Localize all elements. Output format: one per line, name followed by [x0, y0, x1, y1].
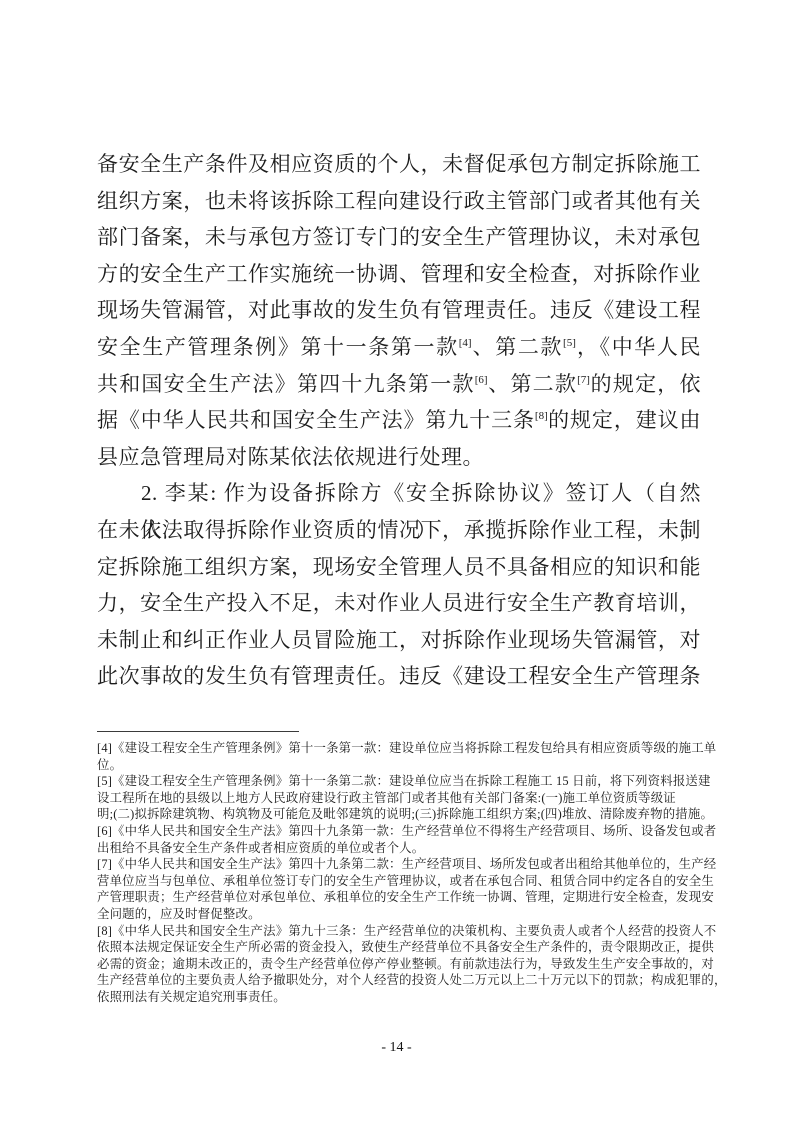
- footnote-ref: [7]: [577, 374, 590, 386]
- body-text-segment: 安全生产管理条例》第十一条第一款: [97, 335, 459, 359]
- body-line: 力，安全生产投入不足，未对作业人员进行安全生产教育培训，: [97, 585, 701, 622]
- footnote-item: [7]《中华人民共和国安全生产法》第四十九条第二款：生产经营项目、场所发包或者出…: [97, 856, 737, 922]
- footnote-divider: [97, 731, 299, 732]
- footnote-item: [6]《中华人民共和国安全生产法》第四十九条第一款：生产经营单位不得将生产经营项…: [97, 823, 737, 856]
- body-text-segment: 定拆除施工组织方案，现场安全管理人员不具备相应的知识和能: [97, 555, 701, 579]
- body-line: 县应急管理局对陈某依法依规进行处理。: [97, 439, 701, 476]
- footnote-line: 依照本法规定保证安全生产所必需的资金投入，致使生产经营单位不具备安全生产条件的，…: [97, 939, 737, 956]
- body-text-segment: ，《中华人民: [576, 335, 701, 359]
- body-text-segment: 未制止和纠正作业人员冒险施工，对拆除作业现场失管漏管，对: [97, 628, 701, 652]
- body-line: 方的安全生产工作实施统一协调、管理和安全检查，对拆除作业: [97, 256, 701, 293]
- footnote-line: [8]《中华人民共和国安全生产法》第九十三条：生产经营单位的决策机构、主要负责人…: [97, 923, 737, 940]
- footnote-line: 明;(二)拟拆除建筑物、构筑物及可能危及毗邻建筑的说明;(三)拆除施工组织方案;…: [97, 806, 737, 823]
- body-text-segment: 、第二款: [472, 335, 564, 359]
- footnote-item: [5]《建设工程安全生产管理条例》第十一条第二款：建设单位应当在拆除工程施工 1…: [97, 773, 737, 823]
- footnote-ref: [8]: [535, 410, 548, 422]
- footnote-line: [4]《建设工程安全生产管理条例》第十一条第一款：建设单位应当将拆除工程发包给具…: [97, 740, 737, 757]
- footnote-line: 位。: [97, 757, 737, 774]
- body-text-segment: 的规定，建议由: [548, 408, 701, 432]
- footnote-line: 全问题的，应及时督促整改。: [97, 906, 737, 923]
- body-line: 据《中华人民共和国安全生产法》第九十三条[8]的规定，建议由: [97, 402, 701, 439]
- body-line: 备安全生产条件及相应资质的个人，未督促承包方制定拆除施工: [97, 146, 701, 183]
- page-number: - 14 -: [0, 1040, 793, 1056]
- footnote-line: 出租给不具备安全生产条件或者相应资质的单位或者个人。: [97, 840, 737, 857]
- footnote-line: 必需的资金；逾期未改正的，责令生产经营单位停产停业整顿。有前款违法行为，导致发生…: [97, 956, 737, 973]
- body-line: 未制止和纠正作业人员冒险施工，对拆除作业现场失管漏管，对: [97, 622, 701, 659]
- body-line: 共和国安全生产法》第四十九条第一款[6]、第二款[7]的规定，依: [97, 366, 701, 403]
- footnote-line: [6]《中华人民共和国安全生产法》第四十九条第一款：生产经营单位不得将生产经营项…: [97, 823, 737, 840]
- body-text-segment: 的规定，依: [590, 372, 701, 396]
- body-line: 此次事故的发生负有管理责任。违反《建设工程安全生产管理条: [97, 658, 701, 695]
- body-line: 安全生产管理条例》第十一条第一款[4]、第二款[5]，《中华人民: [97, 329, 701, 366]
- footnote-line: [5]《建设工程安全生产管理条例》第十一条第二款：建设单位应当在拆除工程施工 1…: [97, 773, 737, 790]
- body-line: 组织方案，也未将该拆除工程向建设行政主管部门或者其他有关: [97, 183, 701, 220]
- body-text-segment: 、第二款: [488, 372, 578, 396]
- body-text-segment: 力，安全生产投入不足，未对作业人员进行安全生产教育培训，: [97, 591, 701, 615]
- footnote-line: 营单位应当与包单位、承租单位签订专门的安全生产管理协议，或者在承包合同、租赁合同…: [97, 873, 737, 890]
- body-text-segment: 据《中华人民共和国安全生产法》第九十三条: [97, 408, 535, 432]
- body-text-segment: 现场失管漏管，对此事故的发生负有管理责任。违反《建设工程: [97, 298, 701, 322]
- body-line: 定拆除施工组织方案，现场安全管理人员不具备相应的知识和能: [97, 549, 701, 586]
- body-line: 现场失管漏管，对此事故的发生负有管理责任。违反《建设工程: [97, 292, 701, 329]
- body-line: 部门备案，未与承包方签订专门的安全生产管理协议，未对承包: [97, 219, 701, 256]
- body-text-segment: 在未依法取得拆除作业资质的情况下，承揽拆除作业工程，未制: [97, 518, 701, 542]
- footnote-item: [4]《建设工程安全生产管理条例》第十一条第一款：建设单位应当将拆除工程发包给具…: [97, 740, 737, 773]
- footnote-ref: [4]: [459, 337, 472, 349]
- footnote-item: [8]《中华人民共和国安全生产法》第九十三条：生产经营单位的决策机构、主要负责人…: [97, 923, 737, 1006]
- footnotes-block: [4]《建设工程安全生产管理条例》第十一条第一款：建设单位应当将拆除工程发包给具…: [97, 740, 737, 1006]
- footnote-ref: [5]: [563, 337, 576, 349]
- body-text-segment: 组织方案，也未将该拆除工程向建设行政主管部门或者其他有关: [97, 189, 701, 213]
- body-text-segment: 备安全生产条件及相应资质的个人，未督促承包方制定拆除施工: [97, 152, 701, 176]
- body-text-segment: 方的安全生产工作实施统一协调、管理和安全检查，对拆除作业: [97, 262, 701, 286]
- body-text-segment: 县应急管理局对陈某依法依规进行处理。: [97, 445, 484, 469]
- footnote-line: 生产经营单位的主要负责人给予撤职处分，对个人经营的投资人处二万元以上二十万元以下…: [97, 972, 737, 989]
- footnote-line: 产管理职责；生产经营单位对承包单位、承租单位的安全生产工作统一协调、管理，定期进…: [97, 889, 737, 906]
- footnote-ref: [6]: [475, 374, 488, 386]
- footnote-line: 依照刑法有关规定追究刑事责任。: [97, 989, 737, 1006]
- body-text-segment: 共和国安全生产法》第四十九条第一款: [97, 372, 475, 396]
- document-page: 备安全生产条件及相应资质的个人，未督促承包方制定拆除施工组织方案，也未将该拆除工…: [0, 0, 793, 1122]
- body-line: 在未依法取得拆除作业资质的情况下，承揽拆除作业工程，未制: [97, 512, 701, 549]
- body-line: 2. 李某: 作为设备拆除方《安全拆除协议》签订人（自然人），: [97, 475, 701, 512]
- footnote-line: [7]《中华人民共和国安全生产法》第四十九条第二款：生产经营项目、场所发包或者出…: [97, 856, 737, 873]
- footnote-line: 设工程所在地的县级以上地方人民政府建设行政主管部门或者其他有关部门备案:(一)施…: [97, 790, 737, 807]
- main-text-block: 备安全生产条件及相应资质的个人，未督促承包方制定拆除施工组织方案，也未将该拆除工…: [97, 146, 701, 695]
- body-text-segment: 此次事故的发生负有管理责任。违反《建设工程安全生产管理条: [97, 664, 701, 688]
- body-text-segment: 部门备案，未与承包方签订专门的安全生产管理协议，未对承包: [97, 225, 701, 249]
